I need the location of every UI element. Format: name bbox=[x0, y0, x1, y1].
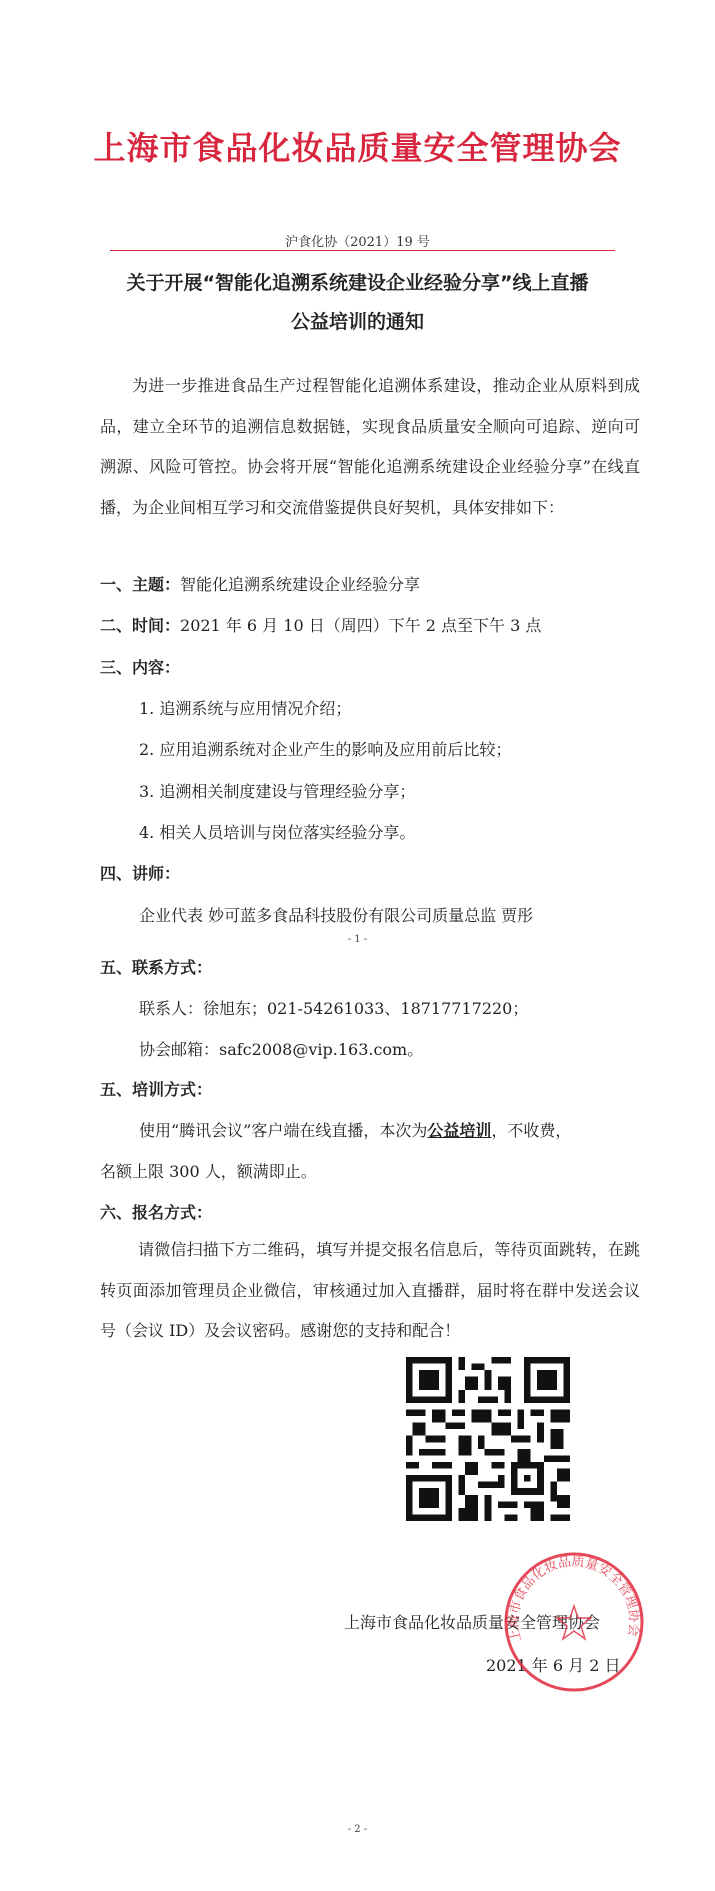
registration-paragraph: 请微信扫描下方二维码，填写并提交报名信息后，等待页面跳转，在跳转页面添加管理员企… bbox=[100, 1230, 640, 1352]
contact-email: 协会邮箱：safc2008@vip.163.com。 bbox=[139, 1037, 423, 1060]
section-time: 二、时间：2021 年 6 月 10 日（周四）下午 2 点至下午 3 点 bbox=[100, 613, 541, 636]
org-letterhead: 上海市食品化妆品质量安全管理协会 bbox=[0, 123, 715, 169]
section-training-heading: 五、培训方式： bbox=[100, 1077, 212, 1100]
lecturer-value: 企业代表 妙可蓝多食品科技股份有限公司质量总监 贾彤 bbox=[139, 903, 533, 926]
document-number: 沪食化协（2021）19 号 bbox=[0, 231, 715, 250]
section-time-heading: 二、时间： bbox=[100, 616, 180, 635]
notice-title-line1: 关于开展“智能化追溯系统建设企业经验分享”线上直播 bbox=[0, 268, 715, 295]
training-text-line2: 名额上限 300 人，额满即止。 bbox=[100, 1159, 317, 1182]
seal-text: 上海市食品化妆品质量安全管理协会 bbox=[507, 1555, 642, 1644]
section-contact-heading: 五、联系方式： bbox=[100, 955, 212, 978]
qr-code-image bbox=[406, 1357, 570, 1521]
red-divider bbox=[110, 250, 615, 251]
training-emphasis: 公益培训 bbox=[427, 1121, 491, 1140]
intro-paragraph: 为进一步推进食品生产过程智能化追溯体系建设，推动企业从原料到成品，建立全环节的追… bbox=[100, 366, 640, 528]
training-text-before: 使用“腾讯会议”客户端在线直播，本次为 bbox=[139, 1121, 427, 1140]
content-item: 4. 相关人员培训与岗位落实经验分享。 bbox=[139, 820, 415, 843]
content-item: 2. 应用追溯系统对企业产生的影响及应用前后比较； bbox=[139, 737, 511, 760]
notice-title-line2: 公益培训的通知 bbox=[0, 307, 715, 334]
training-text: 使用“腾讯会议”客户端在线直播，本次为公益培训，不收费， bbox=[139, 1118, 571, 1141]
official-seal-icon: 上海市食品化妆品质量安全管理协会 bbox=[503, 1551, 645, 1693]
content-item: 1. 追溯系统与应用情况介绍； bbox=[139, 696, 351, 719]
section-lecturer-heading: 四、讲师： bbox=[100, 861, 180, 884]
section-time-value: 2021 年 6 月 10 日（周四）下午 2 点至下午 3 点 bbox=[180, 616, 541, 635]
section-topic-value: 智能化追溯系统建设企业经验分享 bbox=[180, 575, 420, 594]
training-text-after: ，不收费， bbox=[491, 1121, 571, 1140]
contact-person: 联系人：徐旭东；021-54261033、18717717220； bbox=[139, 996, 528, 1019]
page-number-1: - 1 - bbox=[0, 934, 715, 945]
content-item: 3. 追溯相关制度建设与管理经验分享； bbox=[139, 779, 415, 802]
section-registration-heading: 六、报名方式： bbox=[100, 1200, 212, 1223]
section-topic: 一、主题：智能化追溯系统建设企业经验分享 bbox=[100, 572, 420, 595]
svg-text:上海市食品化妆品质量安全管理协会: 上海市食品化妆品质量安全管理协会 bbox=[507, 1555, 642, 1644]
page-number-2: - 2 - bbox=[0, 1824, 715, 1835]
section-topic-heading: 一、主题： bbox=[100, 575, 180, 594]
section-content-heading: 三、内容： bbox=[100, 655, 180, 678]
